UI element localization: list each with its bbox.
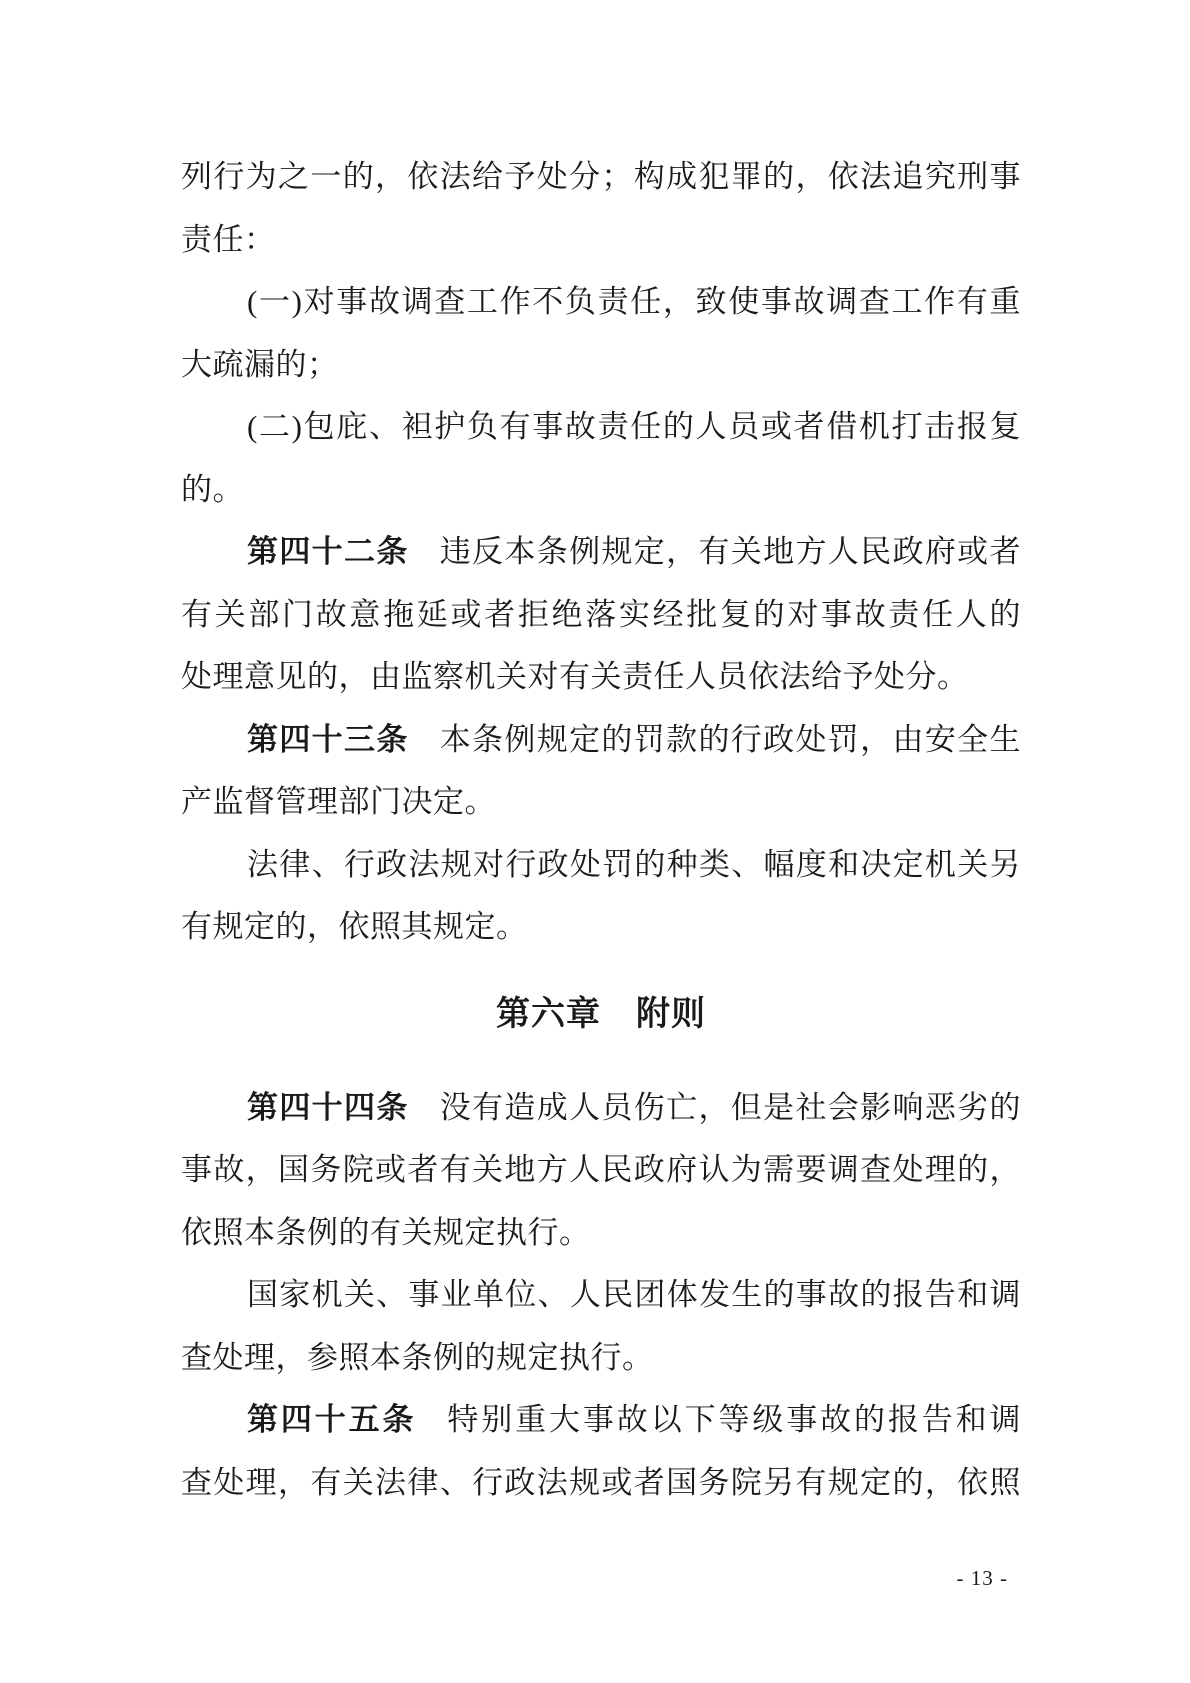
- text-line: 事故，国务院或者有关地方人民政府认为需要调查处理的，: [181, 1139, 1021, 1202]
- article-text: 特别重大事故以下等级事故的报告和调: [447, 1402, 1021, 1437]
- text-line: 查处理，参照本条例的规定执行。: [181, 1327, 1021, 1390]
- text-block-bottom: 第四十四条没有造成人员伤亡，但是社会影响恶劣的事故，国务院或者有关地方人民政府认…: [181, 1077, 1021, 1515]
- text-line: 大疏漏的；: [181, 334, 1021, 397]
- text-line: 第四十四条没有造成人员伤亡，但是社会影响恶劣的: [181, 1077, 1021, 1140]
- article-number: 第四十二条: [247, 534, 409, 569]
- text-block-top: 列行为之一的，依法给予处分；构成犯罪的，依法追究刑事责任：(一)对事故调查工作不…: [181, 146, 1021, 959]
- document-page: 列行为之一的，依法给予处分；构成犯罪的，依法追究刑事责任：(一)对事故调查工作不…: [0, 0, 1190, 1683]
- text-line: 有关部门故意拖延或者拒绝落实经批复的对事故责任人的: [181, 584, 1021, 647]
- document-body: 列行为之一的，依法给予处分；构成犯罪的，依法追究刑事责任：(一)对事故调查工作不…: [181, 146, 1021, 1514]
- text-line: 有规定的，依照其规定。: [181, 896, 1021, 959]
- article-text: 违反本条例规定，有关地方人民政府或者: [440, 534, 1021, 569]
- article-number: 第四十三条: [247, 722, 409, 757]
- page-number: - 13 -: [181, 1562, 1021, 1594]
- text-line: 的。: [181, 459, 1021, 522]
- text-line: 法律、行政法规对行政处罚的种类、幅度和决定机关另: [181, 834, 1021, 897]
- article-number: 第四十四条: [247, 1090, 409, 1125]
- chapter-heading: 第六章 附则: [181, 983, 1021, 1046]
- text-line: 第四十三条本条例规定的罚款的行政处罚，由安全生: [181, 709, 1021, 772]
- article-text: 没有造成人员伤亡，但是社会影响恶劣的: [440, 1090, 1021, 1125]
- text-line: 列行为之一的，依法给予处分；构成犯罪的，依法追究刑事: [181, 146, 1021, 209]
- text-line: 第四十五条特别重大事故以下等级事故的报告和调: [181, 1389, 1021, 1452]
- text-line: 国家机关、事业单位、人民团体发生的事故的报告和调: [181, 1264, 1021, 1327]
- text-line: (一)对事故调查工作不负责任，致使事故调查工作有重: [181, 271, 1021, 334]
- text-line: 处理意见的，由监察机关对有关责任人员依法给予处分。: [181, 646, 1021, 709]
- text-line: (二)包庇、袒护负有事故责任的人员或者借机打击报复: [181, 396, 1021, 459]
- text-line: 第四十二条违反本条例规定，有关地方人民政府或者: [181, 521, 1021, 584]
- text-line: 责任：: [181, 209, 1021, 272]
- text-line: 查处理，有关法律、行政法规或者国务院另有规定的，依照: [181, 1452, 1021, 1515]
- article-number: 第四十五条: [247, 1402, 416, 1437]
- text-line: 依照本条例的有关规定执行。: [181, 1202, 1021, 1265]
- article-text: 本条例规定的罚款的行政处罚，由安全生: [440, 722, 1021, 757]
- text-line: 产监督管理部门决定。: [181, 771, 1021, 834]
